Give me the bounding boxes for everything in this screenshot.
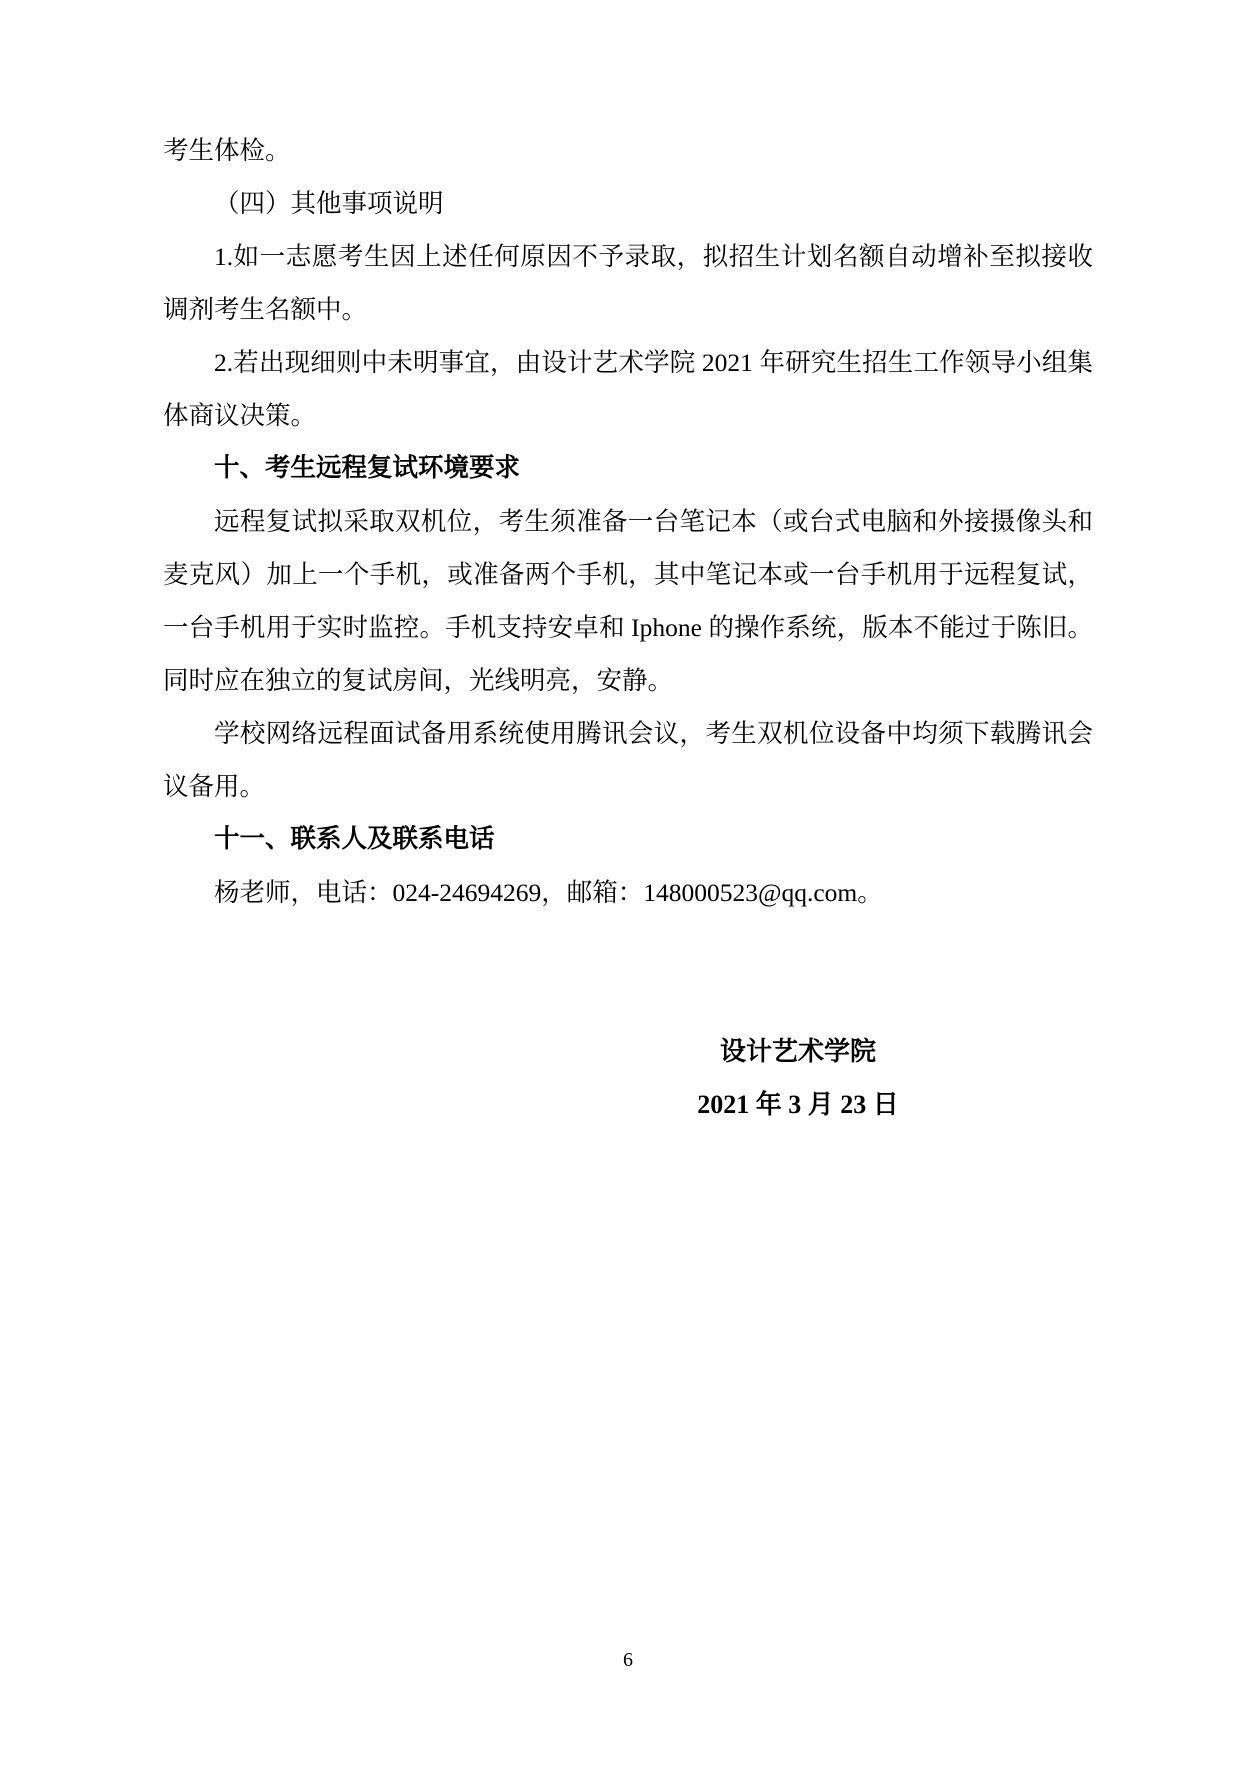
body-paragraph-remote-interview: 远程复试拟采取双机位，考生须准备一台笔记本（或台式电脑和外接摄像头和麦克风）加上…: [163, 495, 1093, 707]
section-heading-10: 十、考生远程复试环境要求: [163, 442, 1093, 495]
body-paragraph-contact-info: 杨老师，电话：024-24694269，邮箱：148000523@qq.com。: [163, 866, 1093, 919]
section-heading-11: 十一、联系人及联系电话: [163, 813, 1093, 866]
body-paragraph-continuation: 考生体检。: [163, 124, 1093, 177]
page-number: 6: [0, 1645, 1256, 1675]
subsection-heading-4: （四）其他事项说明: [163, 177, 1093, 230]
body-paragraph-backup-system: 学校网络远程面试备用系统使用腾讯会议，考生双机位设备中均须下载腾讯会议备用。: [163, 707, 1093, 813]
body-paragraph-item-2: 2.若出现细则中未明事宜，由设计艺术学院 2021 年研究生招生工作领导小组集体…: [163, 336, 1093, 442]
document-page-body: 考生体检。 （四）其他事项说明 1.如一志愿考生因上述任何原因不予录取，拟招生计…: [0, 0, 1256, 1131]
body-paragraph-item-1: 1.如一志愿考生因上述任何原因不予录取，拟招生计划名额自动增补至拟接收调剂考生名…: [163, 230, 1093, 336]
signature-block: 设计艺术学院 2021 年 3 月 23 日: [648, 1025, 948, 1131]
signature-organization: 设计艺术学院: [648, 1025, 948, 1078]
signature-date: 2021 年 3 月 23 日: [648, 1078, 948, 1131]
